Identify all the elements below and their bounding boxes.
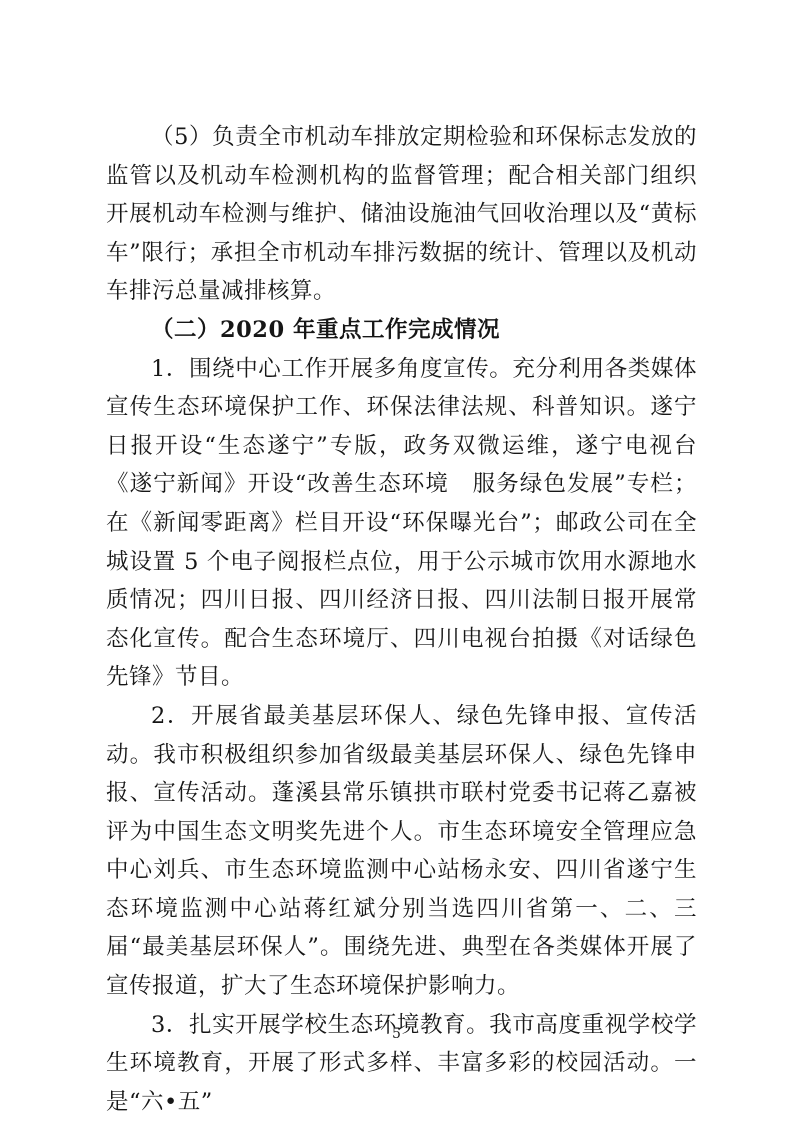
page-number: 5 — [0, 1026, 793, 1042]
section-heading-2020-key-work-completion: （二）2020 年重点工作完成情况 — [106, 311, 697, 350]
paragraph-school-eco-education: 3．扎实开展学校生态环境教育。我市高度重视学校学生环境教育，开展了形式多样、丰富… — [106, 1006, 697, 1122]
paragraph-media-publicity: 1．围绕中心工作开展多角度宣传。充分利用各类媒体宣传生态环境保护工作、环保法律法… — [106, 350, 697, 697]
paragraph-vehicle-emission-duties: （5）负责全市机动车排放定期检验和环保标志发放的监管以及机动车检测机构的监督管理… — [106, 118, 697, 311]
document-body: （5）负责全市机动车排放定期检验和环保标志发放的监管以及机动车检测机构的监督管理… — [106, 118, 697, 1121]
paragraph-eco-guardian-awards: 2．开展省最美基层环保人、绿色先锋申报、宣传活动。我市积极组织参加省级最美基层环… — [106, 697, 697, 1006]
document-page: （5）负责全市机动车排放定期检验和环保标志发放的监管以及机动车检测机构的监督管理… — [0, 0, 793, 1122]
